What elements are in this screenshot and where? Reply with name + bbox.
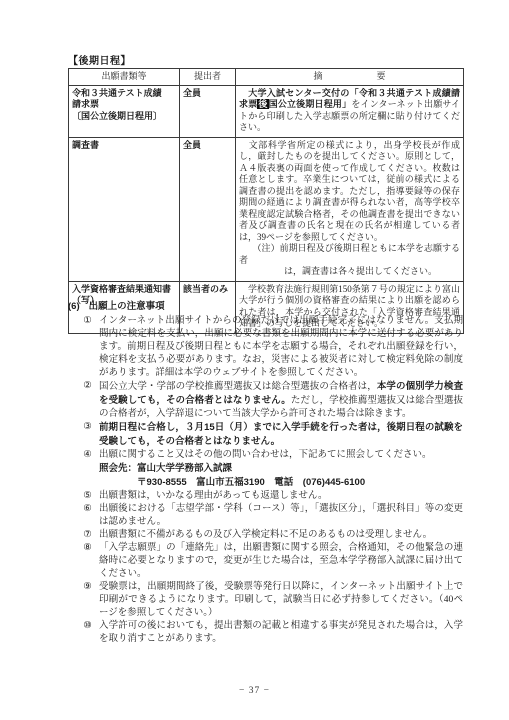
note-item-number: ② — [81, 380, 94, 421]
page-number: − 37 − — [0, 686, 509, 696]
note-item-number: ⑨ — [81, 581, 94, 620]
table-row: 令和３共通テスト成績 請求票 〔国公立後期日程用〕 全員 大学入試センター交付の… — [69, 85, 464, 137]
col-header-submitter: 提出者 — [180, 69, 236, 86]
note-item-text: 入学許可の後においても，提出書類の記載と相違する事実が発見された場合は，入学を取… — [99, 620, 463, 646]
note-item: ③ 前期日程に合格し，３月15日（月）までに入学手続を行った者は，後期日程の試験… — [81, 421, 463, 449]
note-item-number: ⑦ — [81, 529, 94, 542]
note-item-text: 出願書類は，いかなる理由があっても返還しません。 — [99, 490, 463, 503]
col-header-documents: 出願書類等 — [69, 69, 180, 86]
note-item-number: ③ — [81, 421, 94, 449]
summary-cell: 文部科学省所定の様式により，出身学校長が作成し，厳封したものを提出してください。… — [236, 137, 464, 281]
document-name-cell: 令和３共通テスト成績 請求票 〔国公立後期日程用〕 — [69, 85, 180, 137]
table-row: 調査書 全員 文部科学省所定の様式により，出身学校長が作成し，厳封したものを提出… — [69, 137, 464, 281]
section-title: 【後期日程】 — [68, 52, 131, 67]
note-item-text: 出願書類に不備があるもの及び入学検定料に不足のあるものは受理しません。 — [99, 529, 463, 542]
col-header-summary: 摘 要 — [236, 69, 464, 86]
note-item-text: 「入学志願票」の「連絡先」は，出願書類に関する照会，合格通知，その他緊急の連絡時… — [99, 542, 463, 581]
note-item-number: ⑩ — [81, 620, 94, 646]
document-name-cell: 調査書 — [69, 137, 180, 281]
submitter-cell: 全員 — [180, 85, 236, 137]
note-item-text: 出願後における「志望学部・学科（コース）等」，「選抜区分」，「選択科目」等の変更… — [99, 503, 463, 529]
note-item: ⑧ 「入学志願票」の「連絡先」は，出願書類に関する照会，合格通知，その他緊急の連… — [81, 542, 463, 581]
note-item-number: ⑧ — [81, 542, 94, 581]
summary-cell: 大学入試センター交付の「令和３共通テスト成績請求票後国公立後期日程用」をインター… — [236, 85, 464, 137]
note-item: ⑨ 受験票は，出願期間終了後，受験票等発行日以降に，インターネット出願サイト上で… — [81, 581, 463, 620]
note-item-text: インターネット出願サイトからの登録だけでは出願手続完了にはなりません。支払期間内… — [99, 315, 463, 380]
notes-section: (6)出願上の注意事項 ① インターネット出願サイトからの登録だけでは出願手続完… — [68, 300, 463, 646]
notes-list: ① インターネット出願サイトからの登録だけでは出願手続完了にはなりません。支払期… — [68, 315, 463, 646]
notes-title: 出願上の注意事項 — [89, 301, 165, 312]
submitter-cell: 全員 — [180, 137, 236, 281]
application-documents-table: 出願書類等 提出者 摘 要 令和３共通テスト成績 請求票 〔国公立後期日程用〕 … — [68, 68, 464, 334]
note-item-text: 受験票は，出願期間終了後，受験票等発行日以降に，インターネット出願サイト上で印刷… — [99, 581, 463, 620]
note-item: ⑩ 入学許可の後においても，提出書類の記載と相違する事実が発見された場合は，入学… — [81, 620, 463, 646]
note-item-number: ① — [81, 315, 94, 380]
document-page: 【後期日程】 出願書類等 提出者 摘 要 令和３共通テスト成績 請求票 〔国公立… — [0, 0, 509, 720]
note-item-text: 出願に関すること又はその他の問い合わせは，下記あてに照会してください。 照会先：… — [99, 449, 463, 490]
note-item-text: 国公立大学・学部の学校推薦型選抜又は総合型選抜の合格者は，本学の個別学力検査を受… — [99, 380, 463, 421]
note-item-number: ⑤ — [81, 490, 94, 503]
table-header-row: 出願書類等 提出者 摘 要 — [69, 69, 464, 86]
note-item: ④ 出願に関すること又はその他の問い合わせは，下記あてに照会してください。 照会… — [81, 449, 463, 490]
note-item: ② 国公立大学・学部の学校推薦型選抜又は総合型選抜の合格者は，本学の個別学力検査… — [81, 380, 463, 421]
note-item: ① インターネット出願サイトからの登録だけでは出願手続完了にはなりません。支払期… — [81, 315, 463, 380]
note-item-text: 前期日程に合格し，３月15日（月）までに入学手続を行った者は，後期日程の試験を受… — [99, 421, 463, 449]
note-item-number: ④ — [81, 449, 94, 490]
note-item: ⑤ 出願書類は，いかなる理由があっても返還しません。 — [81, 490, 463, 503]
note-item: ⑦ 出願書類に不備があるもの及び入学検定料に不足のあるものは受理しません。 — [81, 529, 463, 542]
notes-number: (6) — [68, 301, 80, 312]
note-item-number: ⑥ — [81, 503, 94, 529]
notes-heading: (6)出願上の注意事項 — [68, 300, 463, 313]
note-item: ⑥ 出願後における「志望学部・学科（コース）等」，「選抜区分」，「選択科目」等の… — [81, 503, 463, 529]
